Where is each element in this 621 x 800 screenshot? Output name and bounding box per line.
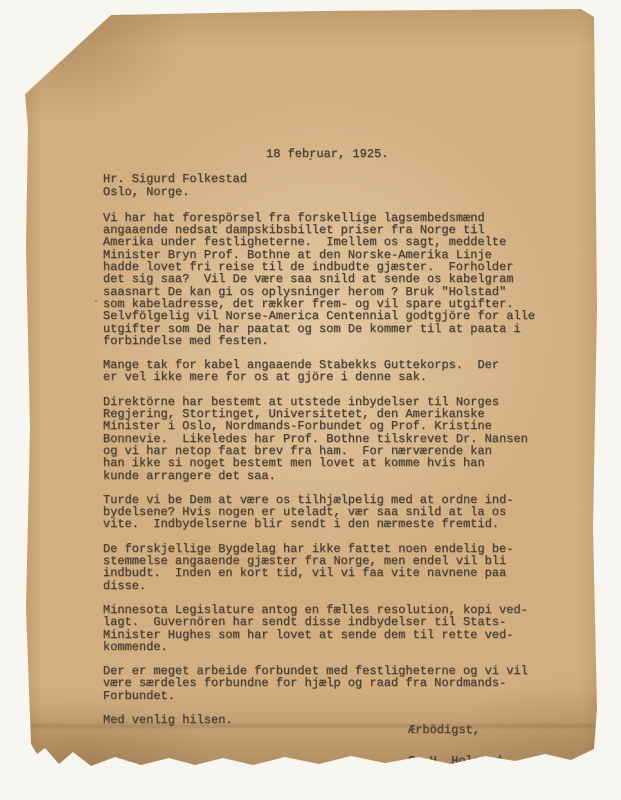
signature-title: Managing Director. [408, 767, 585, 779]
paper-speck [95, 300, 97, 302]
paragraph-thanks-for-help: Der er meget arbeide forbundet med festl… [103, 665, 585, 702]
paragraph-steamship-prices: Vi har hat forespörsel fra forskellige l… [103, 212, 585, 347]
scan-background: 18 februar, 1925. Hr. Sigurd Folkestad O… [0, 0, 621, 800]
paragraph-stabekk-boys-corps: Mange tak for kabel angaaende Stabekks G… [103, 359, 585, 384]
paragraph-help-with-invitations: Turde vi be Dem at være os tilhjælpelig … [103, 494, 585, 531]
paragraph-minnesota-legislature: Minnesota Legislature antog en fælles re… [103, 604, 585, 653]
salutation-line: Ærbödigst, [408, 724, 585, 736]
folded-corner [23, 8, 143, 128]
letter-paper: 18 februar, 1925. Hr. Sigurd Folkestad O… [23, 8, 600, 779]
paragraph-invitations-issued: Direktörne har bestemt at utstede inbyde… [103, 396, 585, 482]
signature-block: S. H. Holstad Managing Director. [408, 755, 585, 780]
signature-name: S. H. Holstad [408, 755, 585, 767]
paragraph-bygdelag-guests: De forskjellige Bygdelag har ikke fattet… [103, 543, 585, 592]
letter-content: 18 februar, 1925. Hr. Sigurd Folkestad O… [103, 148, 585, 779]
recipient-block: Hr. Sigurd Folkestad Oslo, Norge. [103, 173, 585, 198]
date-line: 18 februar, 1925. [266, 148, 585, 160]
